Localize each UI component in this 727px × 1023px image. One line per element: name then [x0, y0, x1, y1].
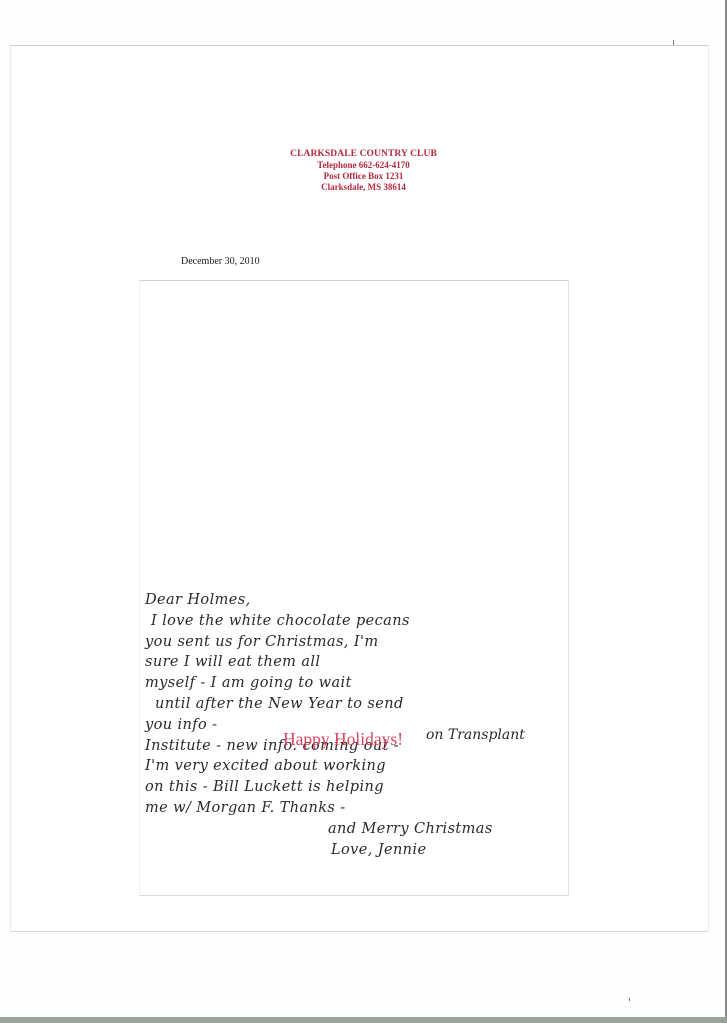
- note-line: I love the white chocolate pecans: [145, 611, 570, 632]
- letterhead-post-office: Post Office Box 1231: [0, 171, 727, 182]
- letterhead-organization: CLARKSDALE COUNTRY CLUB: [0, 149, 727, 160]
- note-salutation: Dear Holmes,: [145, 590, 570, 611]
- scan-speck: [673, 40, 674, 45]
- scan-bottom-edge: [0, 1017, 727, 1023]
- note-line: on this - Bill Luckett is helping: [145, 777, 570, 798]
- note-line: I'm very excited about working: [145, 756, 570, 777]
- letterhead-address: Clarksdale, MS 38614: [0, 182, 727, 193]
- happy-holidays-stamp: Happy Holidays!: [283, 729, 403, 749]
- note-line: sure I will eat them all: [145, 652, 570, 673]
- letterhead-telephone: Telephone 662-624-4170: [0, 160, 727, 171]
- note-line: until after the New Year to send: [145, 694, 570, 715]
- letter-date: December 30, 2010: [181, 256, 260, 267]
- note-line: me w/ Morgan F. Thanks -: [145, 798, 570, 819]
- handwritten-note: Dear Holmes, I love the white chocolate …: [145, 590, 570, 860]
- letterhead: CLARKSDALE COUNTRY CLUB Telephone 662-62…: [0, 149, 727, 193]
- note-signature: Love, Jennie: [145, 840, 570, 861]
- note-line: you sent us for Christmas, I'm: [145, 632, 570, 653]
- scanned-page: CLARKSDALE COUNTRY CLUB Telephone 662-62…: [0, 0, 727, 1023]
- note-line-continuation: on Transplant: [426, 727, 525, 743]
- note-closing: and Merry Christmas: [145, 819, 570, 840]
- scan-speck: [629, 998, 630, 1001]
- note-line: myself - I am going to wait: [145, 673, 570, 694]
